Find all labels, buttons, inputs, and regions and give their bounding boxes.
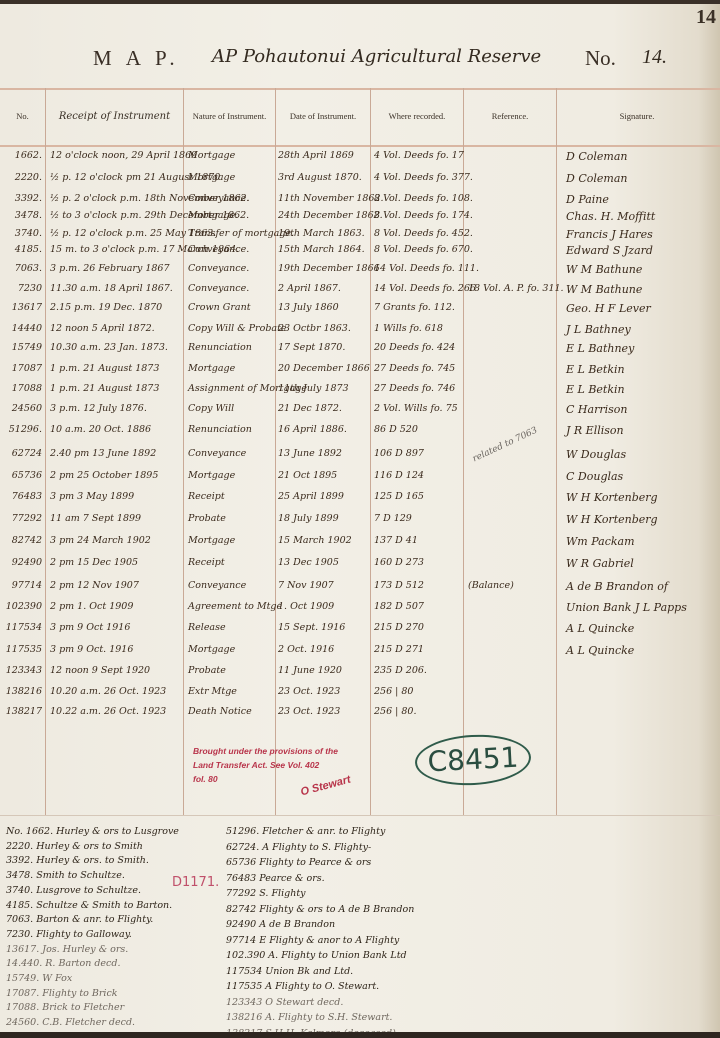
where-recorded: 137 D 41 <box>374 535 418 546</box>
where-recorded: 160 D 273 <box>374 557 424 568</box>
title-no-value: 14. <box>642 46 667 69</box>
receipt-time: 10.30 a.m. 23 Jan. 1873. <box>50 342 168 353</box>
table-row: 13821610.20 a.m. 26 Oct. 1923Extr Mtge23… <box>0 686 720 706</box>
entry-number: 102390 <box>4 601 42 612</box>
instrument-date: 2 April 1867. <box>278 283 341 294</box>
signature: W H Kortenberg <box>566 491 658 504</box>
entry-number: 17087 <box>4 363 42 374</box>
entry-number: 62724 <box>4 448 42 459</box>
instrument-date: 7 Nov 1907 <box>278 580 334 591</box>
signature: Francis J Hares <box>566 228 653 241</box>
receipt-time: 3 pm 9 Oct 1916 <box>50 622 130 633</box>
where-recorded: 20 Deeds fo. 424 <box>374 342 455 353</box>
entry-number: 51296. <box>4 424 42 435</box>
note-line: 3740. Lusgrove to Schultze. <box>6 885 141 896</box>
table-row: 170871 p.m. 21 August 1873Mortgage20 Dec… <box>0 363 720 383</box>
header-bottom-rule <box>0 145 720 147</box>
entry-number: 77292 <box>4 513 42 524</box>
note-line: No. 1662. Hurley & ors to Lusgrove <box>6 826 179 837</box>
table-row: 924902 pm 15 Dec 1905Receipt13 Dec 19051… <box>0 557 720 577</box>
where-recorded: 173 D 512 <box>374 580 424 591</box>
table-row: 245603 p.m. 12 July 1876.Copy Will21 Dec… <box>0 403 720 423</box>
signature: D Paine <box>566 193 609 206</box>
signature: E L Betkin <box>566 383 625 396</box>
where-recorded: 2 Vol. Wills fo. 75 <box>374 403 458 414</box>
instrument-nature: Death Notice <box>188 706 252 717</box>
instrument-nature: Conveyance. <box>188 193 249 204</box>
note-line: 17087. Flighty to Brick <box>6 988 118 999</box>
instrument-nature: Mortgage <box>188 150 235 161</box>
receipt-time: 12 noon 9 Sept 1920 <box>50 665 150 676</box>
pink-number: D1171. <box>172 875 219 890</box>
entry-number: 7063. <box>4 263 42 274</box>
note-line: 82742 Flighty & ors to A de B Brandon <box>226 904 414 915</box>
receipt-time: 11.30 a.m. 18 April 1867. <box>50 283 173 294</box>
note-line: 117535 A Flighty to O. Stewart. <box>226 981 379 992</box>
table-row: 657362 pm 25 October 1895Mortgage21 Oct … <box>0 470 720 490</box>
note-line: 102.390 A. Flighty to Union Bank Ltd <box>226 950 407 961</box>
instrument-nature: Mortgage <box>188 470 235 481</box>
where-recorded: 235 D 206. <box>374 665 427 676</box>
table-row: 51296.10 a.m. 20 Oct. 1886Renunciation16… <box>0 424 720 444</box>
signature: E L Betkin <box>566 363 625 376</box>
instrument-date: 25 April 1899 <box>278 491 344 502</box>
header-nature: Nature of Instrument. <box>184 111 275 121</box>
signature: W M Bathune <box>566 263 642 276</box>
header-reference: Reference. <box>464 111 556 121</box>
entry-number: 3392. <box>4 193 42 204</box>
signature: A de B Brandon of <box>566 580 668 593</box>
entry-number: 65736 <box>4 470 42 481</box>
signature: Wm Packam <box>566 535 635 548</box>
instrument-date: 18 July 1899 <box>278 513 339 524</box>
note-line: 7230. Flighty to Galloway. <box>6 929 132 940</box>
instrument-date: 13 June 1892 <box>278 448 342 459</box>
instrument-nature: Receipt <box>188 491 225 502</box>
table-row: 12334312 noon 9 Sept 1920Probate11 June … <box>0 665 720 685</box>
instrument-nature: Release <box>188 622 226 633</box>
table-row: 7729211 am 7 Sept 1899Probate18 July 189… <box>0 513 720 533</box>
entry-number: 138216 <box>4 686 42 697</box>
entry-number: 2220. <box>4 172 42 183</box>
instrument-date: 21 Dec 1872. <box>278 403 342 414</box>
table-row: 723011.30 a.m. 18 April 1867.Conveyance.… <box>0 283 720 303</box>
title-reserve-name: AP Pohautonui Agricultural Reserve <box>212 46 541 67</box>
reference: 18 Vol. A. P. fo. 311. <box>468 283 564 294</box>
instrument-nature: Mortgage <box>188 535 235 546</box>
table-row: 1662.12 o'clock noon, 29 April 1869Mortg… <box>0 150 720 170</box>
signature: J R Ellison <box>566 424 624 437</box>
instrument-date: 11th November 1862. <box>278 193 384 204</box>
red-stamp-line1: Brought under the provisions of the <box>193 746 338 756</box>
note-line: 24560. C.B. Fletcher decd. <box>6 1017 135 1028</box>
entry-number: 3740. <box>4 228 42 239</box>
note-line: 92490 A de B Brandon <box>226 919 335 930</box>
entry-number: 117535 <box>4 644 42 655</box>
where-recorded: 125 D 165 <box>374 491 424 502</box>
receipt-time: 10 a.m. 20 Oct. 1886 <box>50 424 151 435</box>
instrument-nature: Renunciation <box>188 342 252 353</box>
note-line: 13617. Jos. Hurley & ors. <box>6 944 128 955</box>
table-row: 827423 pm 24 March 1902Mortgage15 March … <box>0 535 720 555</box>
receipt-time: 2 pm 1. Oct 1909 <box>50 601 133 612</box>
red-signature: O Stewart <box>299 774 352 799</box>
receipt-time: 2 pm 25 October 1895 <box>50 470 158 481</box>
where-recorded: 256 | 80. <box>374 706 416 717</box>
where-recorded: 8 Vol. Deeds fo. 174. <box>374 210 473 221</box>
note-line: 65736 Flighty to Pearce & ors <box>226 857 371 868</box>
where-recorded: 1 Wills fo. 618 <box>374 323 443 334</box>
note-line: 123343 O Stewart decd. <box>226 997 343 1008</box>
receipt-time: 12 o'clock noon, 29 April 1869 <box>50 150 197 161</box>
entry-number: 117534 <box>4 622 42 633</box>
receipt-time: 11 am 7 Sept 1899 <box>50 513 141 524</box>
signature: Geo. H F Lever <box>566 302 651 315</box>
note-line: 97714 E Flighty & anor to A Flighty <box>226 935 399 946</box>
receipt-time: 2.15 p.m. 19 Dec. 1870 <box>50 302 162 313</box>
instrument-date: 16 April 1886. <box>278 424 347 435</box>
signature: Edward S Jzard <box>566 244 653 257</box>
signature: J L Bathney <box>566 323 631 336</box>
instrument-date: 23 Oct. 1923 <box>278 686 340 697</box>
note-line: 138216 A. Flighty to S.H. Stewart. <box>226 1012 392 1023</box>
where-recorded: 106 D 897 <box>374 448 424 459</box>
note-line: 4185. Schultze & Smith to Barton. <box>6 900 172 911</box>
circled-number-stamp: C8451 <box>414 732 532 788</box>
note-line: 7063. Barton & anr. to Flighty. <box>6 914 153 925</box>
signature: Union Bank J L Papps <box>566 601 687 614</box>
instrument-date: 19th March 1863. <box>278 228 365 239</box>
table-bottom-rule <box>0 815 720 816</box>
ledger-page: 14 M A P. AP Pohautonui Agricultural Res… <box>0 0 720 1038</box>
note-line: 2220. Hurley & ors to Smith <box>6 841 143 852</box>
note-line: 15749. W Fox <box>6 973 72 984</box>
instrument-nature: Receipt <box>188 557 225 568</box>
header-date: Date of Instrument. <box>276 111 370 121</box>
signature: A L Quincke <box>566 622 634 635</box>
signature: D Coleman <box>566 150 627 163</box>
instrument-nature: Agreement to Mtge <box>188 601 282 612</box>
table-row: 1023902 pm 1. Oct 1909Agreement to Mtge1… <box>0 601 720 621</box>
instrument-date: 23 Octbr 1863. <box>278 323 351 334</box>
signature: W Douglas <box>566 448 626 461</box>
where-recorded: 14 Vol. Deeds fo. 111. <box>374 263 479 274</box>
header-receipt: Receipt of Instrument <box>46 111 183 122</box>
entry-number: 17088 <box>4 383 42 394</box>
instrument-date: 11 June 1920 <box>278 665 342 676</box>
where-recorded: 86 D 520 <box>374 424 418 435</box>
receipt-time: 1 p.m. 21 August 1873 <box>50 363 159 374</box>
entry-number: 4185. <box>4 244 42 255</box>
instrument-date: 24th December 1862. <box>278 210 383 221</box>
note-line: 14.440. R. Barton decd. <box>6 958 120 969</box>
note-line: 62724. A Flighty to S. Flighty- <box>226 842 371 853</box>
note-line: 117534 Union Bk and Ltd. <box>226 966 353 977</box>
instrument-nature: Conveyance <box>188 448 246 459</box>
note-line: 138217 S.H.H. Kelmore (deceased) <box>226 1028 396 1038</box>
where-recorded: 8 Vol. Deeds fo. 108. <box>374 193 473 204</box>
instrument-nature: Probate <box>188 665 226 676</box>
instrument-nature: Copy Will & Probate <box>188 323 287 334</box>
instrument-nature: Conveyance <box>188 580 246 591</box>
note-line: 76483 Pearce & ors. <box>226 873 325 884</box>
instrument-date: 2 Oct. 1916 <box>278 644 334 655</box>
where-recorded: 215 D 271 <box>374 644 424 655</box>
entry-number: 13617 <box>4 302 42 313</box>
signature: W R Gabriel <box>566 557 634 570</box>
table-row: 136172.15 p.m. 19 Dec. 1870Crown Grant13… <box>0 302 720 322</box>
instrument-nature: Crown Grant <box>188 302 251 313</box>
instrument-nature: Conveyance. <box>188 283 249 294</box>
instrument-nature: Conveyance. <box>188 263 249 274</box>
page-number: 14 <box>696 6 716 29</box>
entry-number: 15749 <box>4 342 42 353</box>
title-map-label: M A P. <box>93 46 180 71</box>
table-row: 764833 pm 3 May 1899Receipt25 April 1899… <box>0 491 720 511</box>
instrument-date: 20 December 1866 <box>278 363 370 374</box>
title-no-label: No. <box>585 46 616 71</box>
entry-number: 97714 <box>4 580 42 591</box>
signature: C Douglas <box>566 470 623 483</box>
where-recorded: 4 Vol. Deeds fo. 17 <box>374 150 464 161</box>
note-line: 3478. Smith to Schultze. <box>6 870 125 881</box>
note-line: 77292 S. Flighty <box>226 888 306 899</box>
receipt-time: 2 pm 15 Dec 1905 <box>50 557 138 568</box>
receipt-time: 10.22 a.m. 26 Oct. 1923 <box>50 706 166 717</box>
instrument-nature: Conveyance. <box>188 244 249 255</box>
instrument-date: 19th December 1866 <box>278 263 380 274</box>
where-recorded: 7 D 129 <box>374 513 412 524</box>
red-stamp-line2: Land Transfer Act. See Vol. 402 <box>193 760 319 770</box>
where-recorded: 27 Deeds fo. 746 <box>374 383 455 394</box>
instrument-date: 15 March 1902 <box>278 535 352 546</box>
instrument-date: 11th July 1873 <box>278 383 349 394</box>
receipt-time: 3 pm 9 Oct. 1916 <box>50 644 133 655</box>
receipt-time: 2.40 pm 13 June 1892 <box>50 448 156 459</box>
entry-number: 138217 <box>4 706 42 717</box>
entry-number: 123343 <box>4 665 42 676</box>
signature: A L Quincke <box>566 644 634 657</box>
instrument-nature: Mortgage. <box>188 210 238 221</box>
table-row: 627242.40 pm 13 June 1892Conveyance13 Ju… <box>0 448 720 468</box>
receipt-time: 3 p.m. 26 February 1867 <box>50 263 170 274</box>
header-top-rule <box>0 88 720 90</box>
signature: W M Bathune <box>566 283 642 296</box>
signature: Chas. H. Moffitt <box>566 210 655 223</box>
table-row: 7063.3 p.m. 26 February 1867Conveyance.1… <box>0 263 720 283</box>
note-line: 3392. Hurley & ors. to Smith. <box>6 855 149 866</box>
where-recorded: 182 D 507 <box>374 601 424 612</box>
header-no: No. <box>0 111 45 121</box>
entry-number: 76483 <box>4 491 42 502</box>
instrument-nature: Mortgage <box>188 172 235 183</box>
receipt-time: 3 pm 24 March 1902 <box>50 535 151 546</box>
instrument-nature: Mortgage <box>188 363 235 374</box>
signature: D Coleman <box>566 172 627 185</box>
red-stamp-line3: fol. 80 <box>193 774 218 784</box>
entry-number: 3478. <box>4 210 42 221</box>
instrument-date: 3rd August 1870. <box>278 172 362 183</box>
signature: W H Kortenberg <box>566 513 658 526</box>
instrument-nature: Extr Mtge <box>188 686 237 697</box>
table-row: 977142 pm 12 Nov 1907Conveyance7 Nov 190… <box>0 580 720 600</box>
receipt-time: 10.20 a.m. 26 Oct. 1923 <box>50 686 166 697</box>
where-recorded: 27 Deeds fo. 745 <box>374 363 455 374</box>
instrument-date: 15 Sept. 1916 <box>278 622 345 633</box>
entry-number: 14440 <box>4 323 42 334</box>
instrument-nature: Copy Will <box>188 403 234 414</box>
note-line: 17088. Brick to Fletcher <box>6 1002 124 1013</box>
where-recorded: 7 Grants fo. 112. <box>374 302 455 313</box>
instrument-date: 15th March 1864. <box>278 244 365 255</box>
entry-number: 92490 <box>4 557 42 568</box>
entry-number: 82742 <box>4 535 42 546</box>
entry-number: 1662. <box>4 150 42 161</box>
where-recorded: 4 Vol. Deeds fo. 377. <box>374 172 473 183</box>
header-where: Where recorded. <box>371 111 463 121</box>
where-recorded: 8 Vol. Deeds fo. 452. <box>374 228 473 239</box>
signature: E L Bathney <box>566 342 634 355</box>
receipt-time: 3 p.m. 12 July 1876. <box>50 403 147 414</box>
instrument-date: 17 Sept 1870. <box>278 342 345 353</box>
table-row: 13821710.22 a.m. 26 Oct. 1923Death Notic… <box>0 706 720 726</box>
signature: C Harrison <box>566 403 627 416</box>
where-recorded: 14 Vol. Deeds fo. 266 <box>374 283 476 294</box>
where-recorded: 256 | 80 <box>374 686 413 697</box>
instrument-date: 23 Oct. 1923 <box>278 706 340 717</box>
instrument-date: 28th April 1869 <box>278 150 354 161</box>
entry-number: 7230 <box>4 283 42 294</box>
instrument-date: 13 Dec 1905 <box>278 557 339 568</box>
table-row: 4185.15 m. to 3 o'clock p.m. 17 March 18… <box>0 244 720 264</box>
instrument-date: 21 Oct 1895 <box>278 470 337 481</box>
table-row: 1574910.30 a.m. 23 Jan. 1873.Renunciatio… <box>0 342 720 362</box>
reference: (Balance) <box>468 580 514 591</box>
table-row: 170881 p.m. 21 August 1873Assignment of … <box>0 383 720 403</box>
receipt-time: 1 p.m. 21 August 1873 <box>50 383 159 394</box>
instrument-nature: Mortgage <box>188 644 235 655</box>
header-signature: Signature. <box>557 111 717 121</box>
instrument-date: 13 July 1860 <box>278 302 339 313</box>
table-row: 1175343 pm 9 Oct 1916Release15 Sept. 191… <box>0 622 720 642</box>
note-line: 51296. Fletcher & anr. to Flighty <box>226 826 385 837</box>
table-row: 2220.½ p. 12 o'clock pm 21 August 1870Mo… <box>0 172 720 192</box>
where-recorded: 8 Vol. Deeds fo. 670. <box>374 244 473 255</box>
table-row: 1444012 noon 5 April 1872.Copy Will & Pr… <box>0 323 720 343</box>
receipt-time: 12 noon 5 April 1872. <box>50 323 155 334</box>
instrument-nature: Renunciation <box>188 424 252 435</box>
instrument-nature: Probate <box>188 513 226 524</box>
receipt-time: 2 pm 12 Nov 1907 <box>50 580 139 591</box>
table-row: 1175353 pm 9 Oct. 1916Mortgage2 Oct. 191… <box>0 644 720 664</box>
where-recorded: 116 D 124 <box>374 470 424 481</box>
where-recorded: 215 D 270 <box>374 622 424 633</box>
instrument-date: 1. Oct 1909 <box>278 601 334 612</box>
entry-number: 24560 <box>4 403 42 414</box>
receipt-time: 3 pm 3 May 1899 <box>50 491 134 502</box>
table-row: 3478.½ to 3 o'clock p.m. 29th December 1… <box>0 210 720 230</box>
